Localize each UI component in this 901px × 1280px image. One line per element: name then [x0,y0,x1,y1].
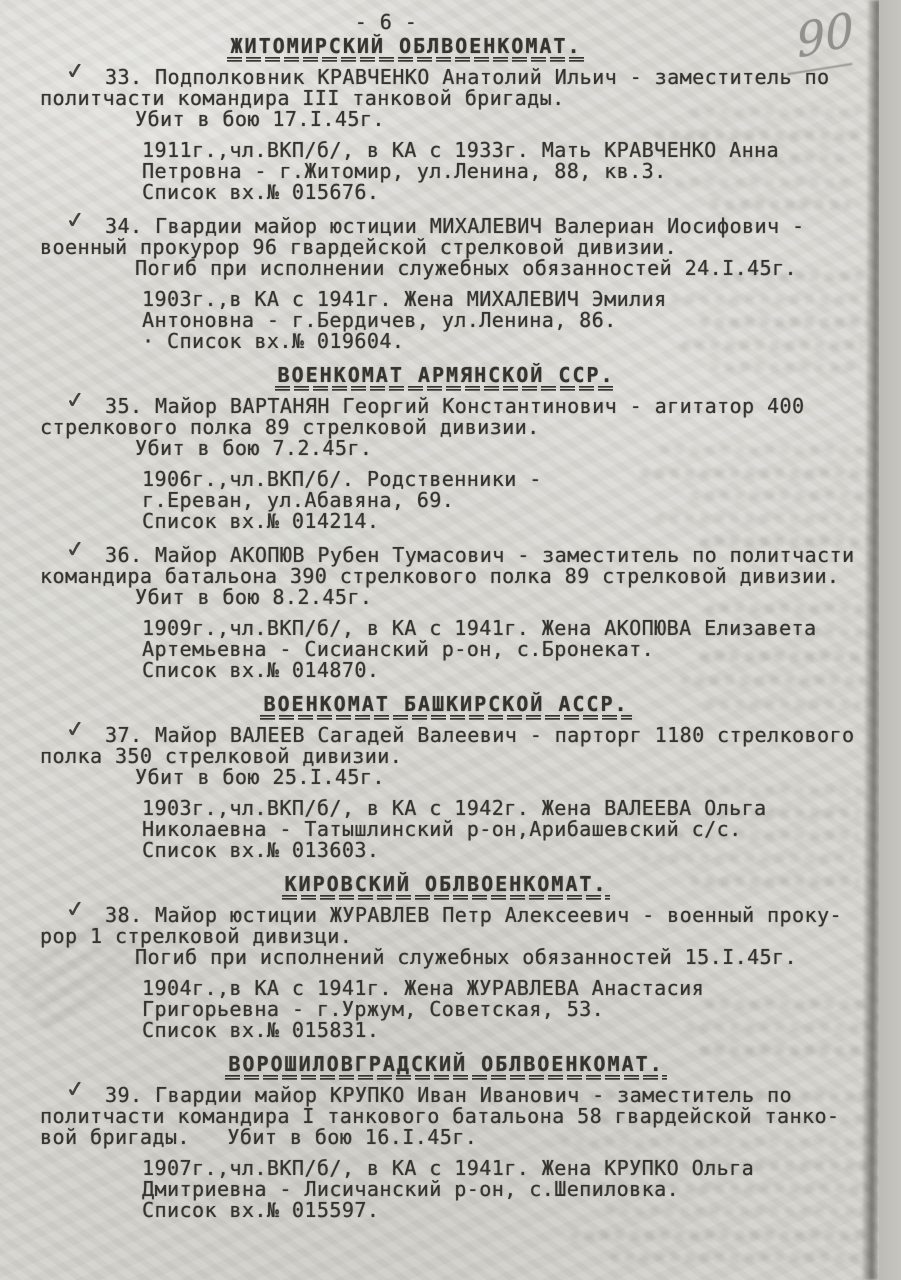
checkmark-icon: ✓ [63,539,89,563]
text-line: Убит в бою 17.I.45г. [135,109,862,130]
checkmark-icon: ✓ [63,719,89,743]
casualty-entry: ✓38. Майор юстиции ЖУРАВЛЕВ Петр Алексее… [30,905,862,1041]
text-line: Список вх.№ 014214. [142,511,862,532]
text-line: рор 1 стрелковой дивизци. [40,926,862,947]
section-heading: ВОЕНКОМАТ БАШКИРСКОЙ АССР. [30,694,862,720]
text-line: ✓35. Майор ВАРТАНЯН Георгий Константинов… [105,396,862,417]
section-heading: ВОРОШИЛОВГРАДСКИЙ ОБЛВОЕНКОМАТ. [30,1054,862,1080]
casualty-entry: ✓35. Майор ВАРТАНЯН Георгий Константинов… [30,396,862,532]
text-line: 1904г.,в КА с 1941г. Жена ЖУРАВЛЕВА Анас… [142,978,862,999]
text-line-content: Убит в бою 17.I.45г. [135,107,385,131]
casualty-entry: ✓33. Подполковник КРАВЧЕНКО Анатолий Иль… [30,67,862,203]
section-heading: ЖИТОМИРСКИЙ ОБЛВОЕНКОМАТ. [30,36,782,62]
document-content: - 6 - ЖИТОМИРСКИЙ ОБЛВОЕНКОМАТ.✓33. Подп… [30,10,862,1234]
text-line-content: · Список вх.№ 019604. [142,329,404,353]
text-line: Убит в бою 25.I.45г. [135,767,862,788]
checkmark-icon: ✓ [63,1079,89,1103]
text-line-content: 33. Подполковник КРАВЧЕНКО Анатолий Ильи… [105,65,829,89]
text-line-content: Погиб при исполнении служебных обязаннос… [135,256,797,280]
text-line-content: Список вх.№ 014870. [142,658,379,682]
text-line-content: Список вх.№ 013603. [142,838,379,862]
text-line-content: Убит в бою 25.I.45г. [135,765,385,789]
text-line: Николаевна - Татышлинский р-он,Арибашевс… [142,819,862,840]
text-line-content: Список вх.№ 015597. [142,1198,379,1222]
text-line-content: 36. Майор АКОПЮВ Рубен Тумасович - замес… [105,543,854,567]
text-line: Артемьевна - Сисианский р-он, с.Бронекат… [142,639,862,660]
text-line: · Список вх.№ 019604. [142,331,862,352]
checkmark-icon: ✓ [63,61,89,85]
text-line: Список вх.№ 013603. [142,840,862,861]
checkmark-icon: ✓ [63,899,89,923]
text-line-content: Список вх.№ 015831. [142,1018,379,1042]
text-line: 1909г.,чл.ВКП/б/, в КА с 1941г. Жена АКО… [142,618,862,639]
text-line: ✓37. Майор ВАЛЕЕВ Сагадей Валеевич - пар… [105,725,862,746]
document-page: 90 - 6 - ЖИТОМИРСКИЙ ОБЛВОЕНКОМАТ.✓33. П… [0,0,901,1280]
text-line-content: 38. Майор юстиции ЖУРАВЛЕВ Петр Алексеев… [105,903,842,927]
page-number: - 6 - [30,12,742,33]
text-line: ✓38. Майор юстиции ЖУРАВЛЕВ Петр Алексее… [105,905,862,926]
text-line: ✓34. Гвардии майор юстиции МИХАЛЕВИЧ Вал… [105,216,862,237]
text-line: Убит в бою 7.2.45г. [135,438,862,459]
text-line-content: 37. Майор ВАЛЕЕВ Сагадей Валеевич - парт… [105,723,854,747]
text-line: Дмитриевна - Лисичанский р-он, с.Шепилов… [142,1179,862,1200]
text-line: 1907г.,чл.ВКП/б/, в КА с 1941г. Жена КРУ… [142,1158,862,1179]
text-line-content: Убит в бою 7.2.45г. [135,436,372,460]
text-line: Убит в бою 8.2.45г. [135,587,862,608]
text-line: 1906г.,чл.ВКП/б/. Родственники - [142,469,862,490]
sections: ЖИТОМИРСКИЙ ОБЛВОЕНКОМАТ.✓33. Подполковн… [30,36,862,1221]
section-heading: КИРОВСКИЙ ОБЛВОЕНКОМАТ. [30,874,862,900]
section-heading: ВОЕНКОМАТ АРМЯНСКОЙ ССР. [30,365,862,391]
section-heading-label: КИРОВСКИЙ ОБЛВОЕНКОМАТ. [282,874,611,900]
text-line: стрелкового полка 89 стрелковой дивизии. [40,417,862,438]
casualty-entry: ✓37. Майор ВАЛЕЕВ Сагадей Валеевич - пар… [30,725,862,861]
text-line: Петровна - г.Житомир, ул.Ленина, 88, кв.… [142,161,862,182]
bleed-through-artifact [610,1253,865,1262]
text-line: ✓36. Майор АКОПЮВ Рубен Тумасович - заме… [105,545,862,566]
casualty-entry: ✓34. Гвардии майор юстиции МИХАЛЕВИЧ Вал… [30,216,862,352]
section-heading-label: ВОРОШИЛОВГРАДСКИЙ ОБЛВОЕНКОМАТ. [225,1054,666,1080]
text-line-content: 34. Гвардии майор юстиции МИХАЛЕВИЧ Вале… [105,214,805,238]
text-line: Погиб при исполнений служебных обязаннос… [135,947,862,968]
text-line: командира батальона 390 стрелкового полк… [40,566,862,587]
text-line: политчасти командира I танкового батальо… [40,1106,862,1127]
text-line: Погиб при исполнении служебных обязаннос… [135,258,862,279]
text-line-content: 39. Гвардии майор КРУПКО Иван Иванович -… [105,1083,792,1107]
text-line: 1903г.,чл.ВКП/б/, в КА с 1942г. Жена ВАЛ… [142,798,862,819]
section-heading-label: ВОЕНКОМАТ АРМЯНСКОЙ ССР. [275,365,618,391]
text-line: Список вх.№ 015597. [142,1200,862,1221]
text-line: 1911г.,чл.ВКП/б/, в КА с 1933г. Мать КРА… [142,140,862,161]
text-line: Список вх.№ 015831. [142,1020,862,1041]
text-line: Григорьевна - г.Уржум, Советская, 53. [142,999,862,1020]
text-line-content: Список вх.№ 015676. [142,180,379,204]
section-heading-label: ВОЕНКОМАТ БАШКИРСКОЙ АССР. [260,694,631,720]
casualty-entry: ✓36. Майор АКОПЮВ Рубен Тумасович - заме… [30,545,862,681]
page-edge [879,0,901,1280]
text-line-content: Погиб при исполнений служебных обязаннос… [135,945,797,969]
text-line-content: Убит в бою 8.2.45г. [135,585,372,609]
section-heading-label: ЖИТОМИРСКИЙ ОБЛВОЕНКОМАТ. [227,36,584,62]
text-line: политчасти командира III танковой бригад… [40,88,862,109]
text-line: Список вх.№ 015676. [142,182,862,203]
text-line-content: 35. Майор ВАРТАНЯН Георгий Константинови… [105,394,805,418]
text-line: полка 350 стрелковой дивизии. [40,746,862,767]
text-line: ✓39. Гвардии майор КРУПКО Иван Иванович … [105,1085,862,1106]
text-line: г.Ереван, ул.Абавяна, 69. [142,490,862,511]
text-line: военный прокурор 96 гвардейской стрелков… [40,237,862,258]
text-line-content: вой бригады. Убит в бою 16.I.45г. [40,1125,477,1149]
checkmark-icon: ✓ [63,210,89,234]
checkmark-icon: ✓ [63,390,89,414]
text-line: вой бригады. Убит в бою 16.I.45г. [40,1127,862,1148]
text-line: Список вх.№ 014870. [142,660,862,681]
text-line: Антоновна - г.Бердичев, ул.Ленина, 86. [142,310,862,331]
text-line: 1903г.,в КА с 1941г. Жена МИХАЛЕВИЧ Эмил… [142,289,862,310]
text-line: ✓33. Подполковник КРАВЧЕНКО Анатолий Иль… [105,67,862,88]
casualty-entry: ✓39. Гвардии майор КРУПКО Иван Иванович … [30,1085,862,1221]
text-line-content: Список вх.№ 014214. [142,509,379,533]
